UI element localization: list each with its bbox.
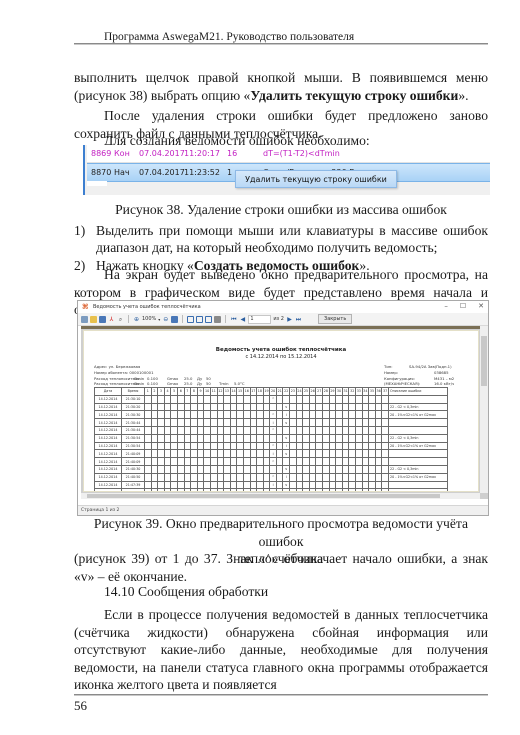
cell-error-mark — [375, 465, 382, 473]
cell-error-mark — [177, 473, 184, 481]
cell-error-mark — [224, 473, 231, 481]
cell-error-mark — [217, 434, 224, 442]
cell-error-mark — [230, 489, 237, 492]
page-setup-icon[interactable] — [171, 316, 178, 323]
cell-error-mark — [243, 458, 250, 466]
cell-error-mark — [362, 434, 369, 442]
cell-error-mark — [276, 489, 283, 492]
cell-error-mark — [197, 395, 204, 403]
cell-error-mark — [276, 395, 283, 403]
cell-error-mark — [177, 419, 184, 427]
cell-error-mark — [309, 434, 316, 442]
cell-error-mark — [309, 458, 316, 466]
cell-error-mark: ^ — [270, 473, 277, 481]
cell-error-mark — [197, 473, 204, 481]
find-icon[interactable]: ⌕ — [117, 316, 124, 323]
column-header-error-code: 31 — [342, 388, 349, 396]
cell-description: 20 - 1%<G2<1% от G2max — [388, 473, 447, 481]
cell-error-mark — [356, 419, 363, 427]
cell-error-mark — [145, 395, 152, 403]
scroll-thumb[interactable] — [87, 494, 440, 498]
cell-error-mark — [375, 458, 382, 466]
cell-error-mark — [237, 395, 244, 403]
cell-error-mark — [151, 426, 158, 434]
cell-error-mark — [210, 395, 217, 403]
cell-error-mark — [296, 465, 303, 473]
cell-error-mark — [184, 419, 191, 427]
cell-error-mark — [151, 481, 158, 489]
cell-error-mark — [349, 411, 356, 419]
subscriber-value: 0000100001 — [129, 370, 153, 375]
cell-error-mark — [369, 458, 376, 466]
first-page-icon[interactable]: ⏮ — [230, 316, 237, 323]
cell-description — [388, 450, 447, 458]
cell-error-mark — [184, 442, 191, 450]
cell-error-mark — [217, 489, 224, 492]
cell-error-mark — [329, 465, 336, 473]
cell-error-mark — [237, 426, 244, 434]
cell-error-mark — [329, 411, 336, 419]
cell-error-mark — [263, 395, 270, 403]
cell-error-mark: i — [270, 481, 277, 489]
cell-error-mark — [316, 426, 323, 434]
menu-item-delete-error-row[interactable]: Удалить текущую строку ошибки — [245, 175, 387, 184]
address-value: ул. Бережковая — [109, 364, 141, 369]
window-title: Ведомость учета ошибок теплосчётчика — [93, 304, 201, 310]
cell-error-mark — [217, 426, 224, 434]
cell-error-mark — [151, 403, 158, 411]
cell-description — [388, 458, 447, 466]
cell-description — [388, 481, 447, 489]
cell-error-mark — [316, 450, 323, 458]
cell-error-mark — [224, 442, 231, 450]
cell-error-mark — [250, 473, 257, 481]
table-header-row: ДатаВремя1234567891011121314151617181920… — [95, 388, 448, 396]
cell-time: 21:30:10 — [122, 395, 145, 403]
close-preview-button[interactable]: Закрыть — [318, 314, 352, 324]
cell-error-mark — [171, 434, 178, 442]
cell-error-mark — [323, 442, 330, 450]
report-title: Ведомость учета ошибок теплосчётчика — [84, 347, 478, 353]
column-header-error-code: 28 — [323, 388, 330, 396]
cell-error-mark — [250, 434, 257, 442]
page-top-edge — [81, 326, 480, 329]
cell-error-mark — [342, 419, 349, 427]
cell-error-mark — [270, 434, 277, 442]
column-header-error-code: 32 — [349, 388, 356, 396]
cell-error-mark — [329, 403, 336, 411]
cell-error-mark — [316, 458, 323, 466]
paragraph-marks-legend: (рисунок 39) от 1 до 37. Знак «^» обозна… — [74, 550, 488, 585]
cell-error-mark — [250, 419, 257, 427]
cell-error-mark — [191, 450, 198, 458]
column-header-error-code: 37 — [382, 388, 389, 396]
cell-error-mark — [303, 395, 310, 403]
cell-error-mark — [243, 473, 250, 481]
save-icon[interactable] — [99, 316, 106, 323]
column-header-error-code: 10 — [204, 388, 211, 396]
cell-error-mark — [250, 403, 257, 411]
open-icon[interactable] — [90, 316, 97, 323]
cell-error-mark — [164, 403, 171, 411]
chevron-down-icon[interactable]: ▾ — [158, 317, 160, 322]
context-menu: Удалить текущую строку ошибки — [235, 170, 397, 188]
cell-error-mark — [349, 434, 356, 442]
cell-error-mark: i — [283, 411, 290, 419]
cell-error-mark — [257, 458, 264, 466]
cell-error-mark — [191, 442, 198, 450]
cell-error-mark — [362, 411, 369, 419]
cell-error-mark — [164, 442, 171, 450]
cell-error-mark — [369, 419, 376, 427]
column-header-error-code: 18 — [257, 388, 264, 396]
cell-error-mark — [145, 489, 152, 492]
cell-error-mark — [257, 450, 264, 458]
cell-error-mark — [204, 403, 211, 411]
cell-error-mark — [369, 481, 376, 489]
cell-error-mark — [329, 481, 336, 489]
cell-error-mark — [316, 411, 323, 419]
cell-error-mark — [204, 426, 211, 434]
cell-error-mark — [210, 442, 217, 450]
cell-error-mark — [349, 450, 356, 458]
cell-error-mark — [362, 481, 369, 489]
cell-error-mark — [309, 442, 316, 450]
cell-date: 14.12.2014 — [95, 489, 122, 492]
cell-error-mark — [197, 481, 204, 489]
two-pages-icon[interactable] — [196, 316, 203, 323]
column-header-error-code: 21 — [276, 388, 283, 396]
zoom-out-icon[interactable]: ⊖ — [162, 316, 169, 323]
cell-date: 14.12.2014 — [95, 458, 122, 466]
cell-error-mark — [356, 489, 363, 492]
cell-error-mark — [349, 403, 356, 411]
cell-error-mark — [336, 411, 343, 419]
cell-error-mark — [323, 395, 330, 403]
cell-error-mark — [145, 450, 152, 458]
cell-error-mark — [151, 419, 158, 427]
cell-error-mark — [283, 395, 290, 403]
column-header-error-code: 9 — [197, 388, 204, 396]
column-header-error-code: 22 — [283, 388, 290, 396]
cell-time: 21:40:50 — [122, 473, 145, 481]
column-header-error-code: 34 — [362, 388, 369, 396]
cell-error-mark — [230, 450, 237, 458]
cell-error-mark — [243, 395, 250, 403]
error-report-table: ДатаВремя1234567891011121314151617181920… — [94, 387, 448, 492]
cell-error-mark — [369, 450, 376, 458]
cell-date: 14.12.2014 — [95, 426, 122, 434]
cell-error-mark — [171, 473, 178, 481]
cell-error-mark — [362, 395, 369, 403]
cell-error-mark — [230, 411, 237, 419]
column-header-error-code: 6 — [177, 388, 184, 396]
cell-error-mark — [171, 403, 178, 411]
cell-error-mark — [237, 465, 244, 473]
cell-error-mark — [290, 442, 297, 450]
single-page-icon[interactable] — [187, 316, 194, 323]
cell-error-mark — [276, 403, 283, 411]
cell-error-mark — [356, 465, 363, 473]
column-header-error-code: 25 — [303, 388, 310, 396]
cell-error-mark — [296, 473, 303, 481]
cell-error-mark: i — [283, 442, 290, 450]
cell-error-mark — [323, 434, 330, 442]
next-page-icon[interactable]: ▶ — [286, 316, 293, 323]
cell-error-mark — [257, 442, 264, 450]
cell-error-mark: v — [283, 481, 290, 489]
cell-error-mark — [145, 426, 152, 434]
cell-error-mark — [191, 434, 198, 442]
cell-error-mark — [145, 458, 152, 466]
cell-error-mark — [382, 458, 389, 466]
cell-time: 21:30:20 — [122, 403, 145, 411]
cell-error-mark — [276, 481, 283, 489]
cell-error-mark — [204, 489, 211, 492]
cell-error-mark — [369, 489, 376, 492]
zoom-in-icon[interactable]: ⊕ — [133, 316, 140, 323]
cell-error-mark — [151, 458, 158, 466]
cell-error-mark — [296, 489, 303, 492]
cell-error-mark — [323, 450, 330, 458]
cell-error-mark — [382, 489, 389, 492]
cell-error-mark — [250, 450, 257, 458]
cell-error-mark — [290, 411, 297, 419]
cell-description: 22 - G2 < 0,3min — [388, 465, 447, 473]
cell-error-mark — [164, 458, 171, 466]
cell-error-mark — [184, 458, 191, 466]
cell-error-mark — [145, 411, 152, 419]
cell-error-mark — [296, 426, 303, 434]
cell-error-mark — [237, 434, 244, 442]
cell-error-mark — [145, 465, 152, 473]
cell-error-mark — [349, 481, 356, 489]
cell-error-mark — [336, 426, 343, 434]
cell-error-mark — [375, 489, 382, 492]
cell-error-mark — [243, 419, 250, 427]
cell-error-mark — [243, 411, 250, 419]
cell-error-mark — [204, 473, 211, 481]
multi-page-icon[interactable] — [205, 316, 212, 323]
cell-error-mark — [243, 450, 250, 458]
minimize-button[interactable]: – — [444, 302, 448, 310]
scroll-thumb[interactable] — [481, 336, 487, 386]
cell-error-mark — [191, 403, 198, 411]
cell-error-mark — [303, 419, 310, 427]
cell-description — [388, 395, 447, 403]
cell-error-mark — [375, 395, 382, 403]
cell-error-mark — [349, 419, 356, 427]
figure-38-caption: Рисунок 38. Удаление строки ошибки из ма… — [74, 201, 488, 219]
toolbar-separator — [182, 315, 183, 323]
cell-error-mark — [217, 465, 224, 473]
column-header-time: Время — [122, 388, 145, 396]
column-header-error-code: 30 — [336, 388, 343, 396]
cell-error-mark — [224, 419, 231, 427]
cell-error-mark — [257, 419, 264, 427]
cell-error-mark — [177, 458, 184, 466]
cell-error-mark — [151, 450, 158, 458]
cell-date: 14.12.2014 — [95, 434, 122, 442]
app-icon: ⌘ — [82, 304, 89, 311]
cell-error-mark — [342, 411, 349, 419]
cell-error-mark — [375, 419, 382, 427]
cell-error-mark — [224, 458, 231, 466]
cell-error-mark — [270, 403, 277, 411]
cell-error-mark — [362, 426, 369, 434]
cell-error-mark — [171, 450, 178, 458]
maximize-button[interactable]: ☐ — [460, 302, 466, 310]
cell-error-mark — [276, 419, 283, 427]
cell-error-mark — [197, 489, 204, 492]
cell-error-mark — [290, 465, 297, 473]
cell-description — [388, 419, 447, 427]
cell-error-mark — [329, 489, 336, 492]
cell-error-mark — [210, 426, 217, 434]
cell-error-mark: ^ — [270, 442, 277, 450]
cell-error-mark — [164, 419, 171, 427]
cell-error-mark — [151, 465, 158, 473]
cell-error-mark — [263, 434, 270, 442]
cell-error-mark — [151, 442, 158, 450]
cell-error-mark: v — [283, 419, 290, 427]
cell-error-mark — [316, 403, 323, 411]
column-header-error-code: 2 — [151, 388, 158, 396]
running-header: Программа AswegaM21. Руководство пользов… — [104, 31, 354, 43]
empty-row — [87, 181, 107, 186]
cell-error-mark — [316, 489, 323, 492]
cell-error-mark — [237, 489, 244, 492]
cell-error-mark — [224, 489, 231, 492]
cell-error-mark — [191, 426, 198, 434]
settings-icon[interactable] — [214, 316, 221, 323]
print-icon[interactable] — [81, 316, 88, 323]
cell-error-mark — [250, 465, 257, 473]
cell-error-mark — [191, 465, 198, 473]
cell-error-mark — [184, 481, 191, 489]
vertical-scrollbar[interactable] — [480, 326, 488, 493]
cell-error-mark — [276, 473, 283, 481]
cell-error-mark — [362, 458, 369, 466]
cell-error-mark — [184, 465, 191, 473]
cell-error-mark — [309, 465, 316, 473]
cell-error-mark — [171, 458, 178, 466]
cell-time: 21:30:30 — [122, 411, 145, 419]
cell-error-mark — [382, 411, 389, 419]
cell-error-mark — [171, 395, 178, 403]
cell-error-mark — [191, 419, 198, 427]
cell-error-mark — [336, 419, 343, 427]
column-header-error-code: 16 — [243, 388, 250, 396]
table-row: 14.12.201421:30:44^ — [95, 426, 448, 434]
cell-date: 14.12.2014 — [95, 411, 122, 419]
cell-error-mark — [336, 442, 343, 450]
cell-date: 14.12.2014 — [95, 465, 122, 473]
cell-error-mark — [296, 411, 303, 419]
cell-error-mark — [276, 411, 283, 419]
cell-time: 21:47:39 — [122, 489, 145, 492]
cell-error-mark — [336, 450, 343, 458]
cell-error-mark — [296, 450, 303, 458]
cell-error-mark — [369, 395, 376, 403]
cell-error-mark — [316, 473, 323, 481]
cell-error-mark — [336, 403, 343, 411]
cell-error-mark — [283, 426, 290, 434]
cell-error-mark — [296, 458, 303, 466]
cell-error-mark — [309, 395, 316, 403]
cell-date: 14.12.2014 — [95, 481, 122, 489]
cell-error-mark — [224, 403, 231, 411]
cell-error-mark — [362, 442, 369, 450]
prev-page-icon[interactable]: ◀ — [239, 316, 246, 323]
cell-error-mark — [177, 450, 184, 458]
status-bar: Страница 1 из 2 — [78, 505, 488, 515]
last-page-icon[interactable]: ⏭ — [295, 316, 302, 323]
cell-error-mark — [329, 442, 336, 450]
cell-error-mark — [309, 411, 316, 419]
column-header-error-code: 7 — [184, 388, 191, 396]
column-header-date: Дата — [95, 388, 122, 396]
cell-error-mark — [224, 481, 231, 489]
cell-error-mark — [362, 473, 369, 481]
close-window-button[interactable]: ✕ — [478, 302, 484, 310]
cell-error-mark: v — [283, 465, 290, 473]
cell-error-mark — [250, 395, 257, 403]
cell-error-mark — [224, 395, 231, 403]
cell-error-mark — [177, 465, 184, 473]
cell-error-mark — [375, 442, 382, 450]
cell-error-mark — [210, 473, 217, 481]
column-header-error-code: 26 — [309, 388, 316, 396]
horizontal-scrollbar[interactable] — [81, 493, 480, 499]
cell-error-mark — [171, 465, 178, 473]
cell-error-mark — [210, 450, 217, 458]
page-number-input[interactable]: 1 — [248, 315, 271, 324]
cell-error-mark — [191, 411, 198, 419]
cell-error-mark — [349, 426, 356, 434]
cell-error-mark — [164, 395, 171, 403]
cell-date: 14.12.2014 — [95, 450, 122, 458]
cell-error-mark — [303, 411, 310, 419]
cell-error-mark — [316, 442, 323, 450]
cell-error-mark — [230, 473, 237, 481]
zoom-level-select[interactable]: 100% — [142, 316, 156, 322]
cell-error-mark — [250, 426, 257, 434]
cell-error-mark — [329, 426, 336, 434]
cell-error-mark — [369, 442, 376, 450]
table-row: 14.12.201421:30:10^ — [95, 395, 448, 403]
cell-error-mark — [276, 442, 283, 450]
footer-rule — [74, 694, 488, 695]
cell-date: 14.12.2014 — [95, 473, 122, 481]
cell-error-mark — [342, 426, 349, 434]
cell-error-mark — [184, 411, 191, 419]
cell-error-mark — [210, 403, 217, 411]
toolbar-separator — [128, 315, 129, 323]
cell-error-mark — [197, 442, 204, 450]
table-row: 14.12.201421:47:39^ — [95, 489, 448, 492]
cell-error-mark — [356, 395, 363, 403]
cell-error-mark — [296, 395, 303, 403]
cell-error-mark — [303, 434, 310, 442]
cell-error-mark — [375, 411, 382, 419]
cell-error-mark — [145, 442, 152, 450]
pdf-icon[interactable]: ⅄ — [108, 316, 115, 323]
cell-error-mark — [250, 481, 257, 489]
cell-error-mark — [230, 481, 237, 489]
cell-error-mark — [362, 489, 369, 492]
error-row[interactable]: 8869 Кон 07.04.2017 11:20:17 16 dT=(T1-T… — [87, 145, 490, 163]
